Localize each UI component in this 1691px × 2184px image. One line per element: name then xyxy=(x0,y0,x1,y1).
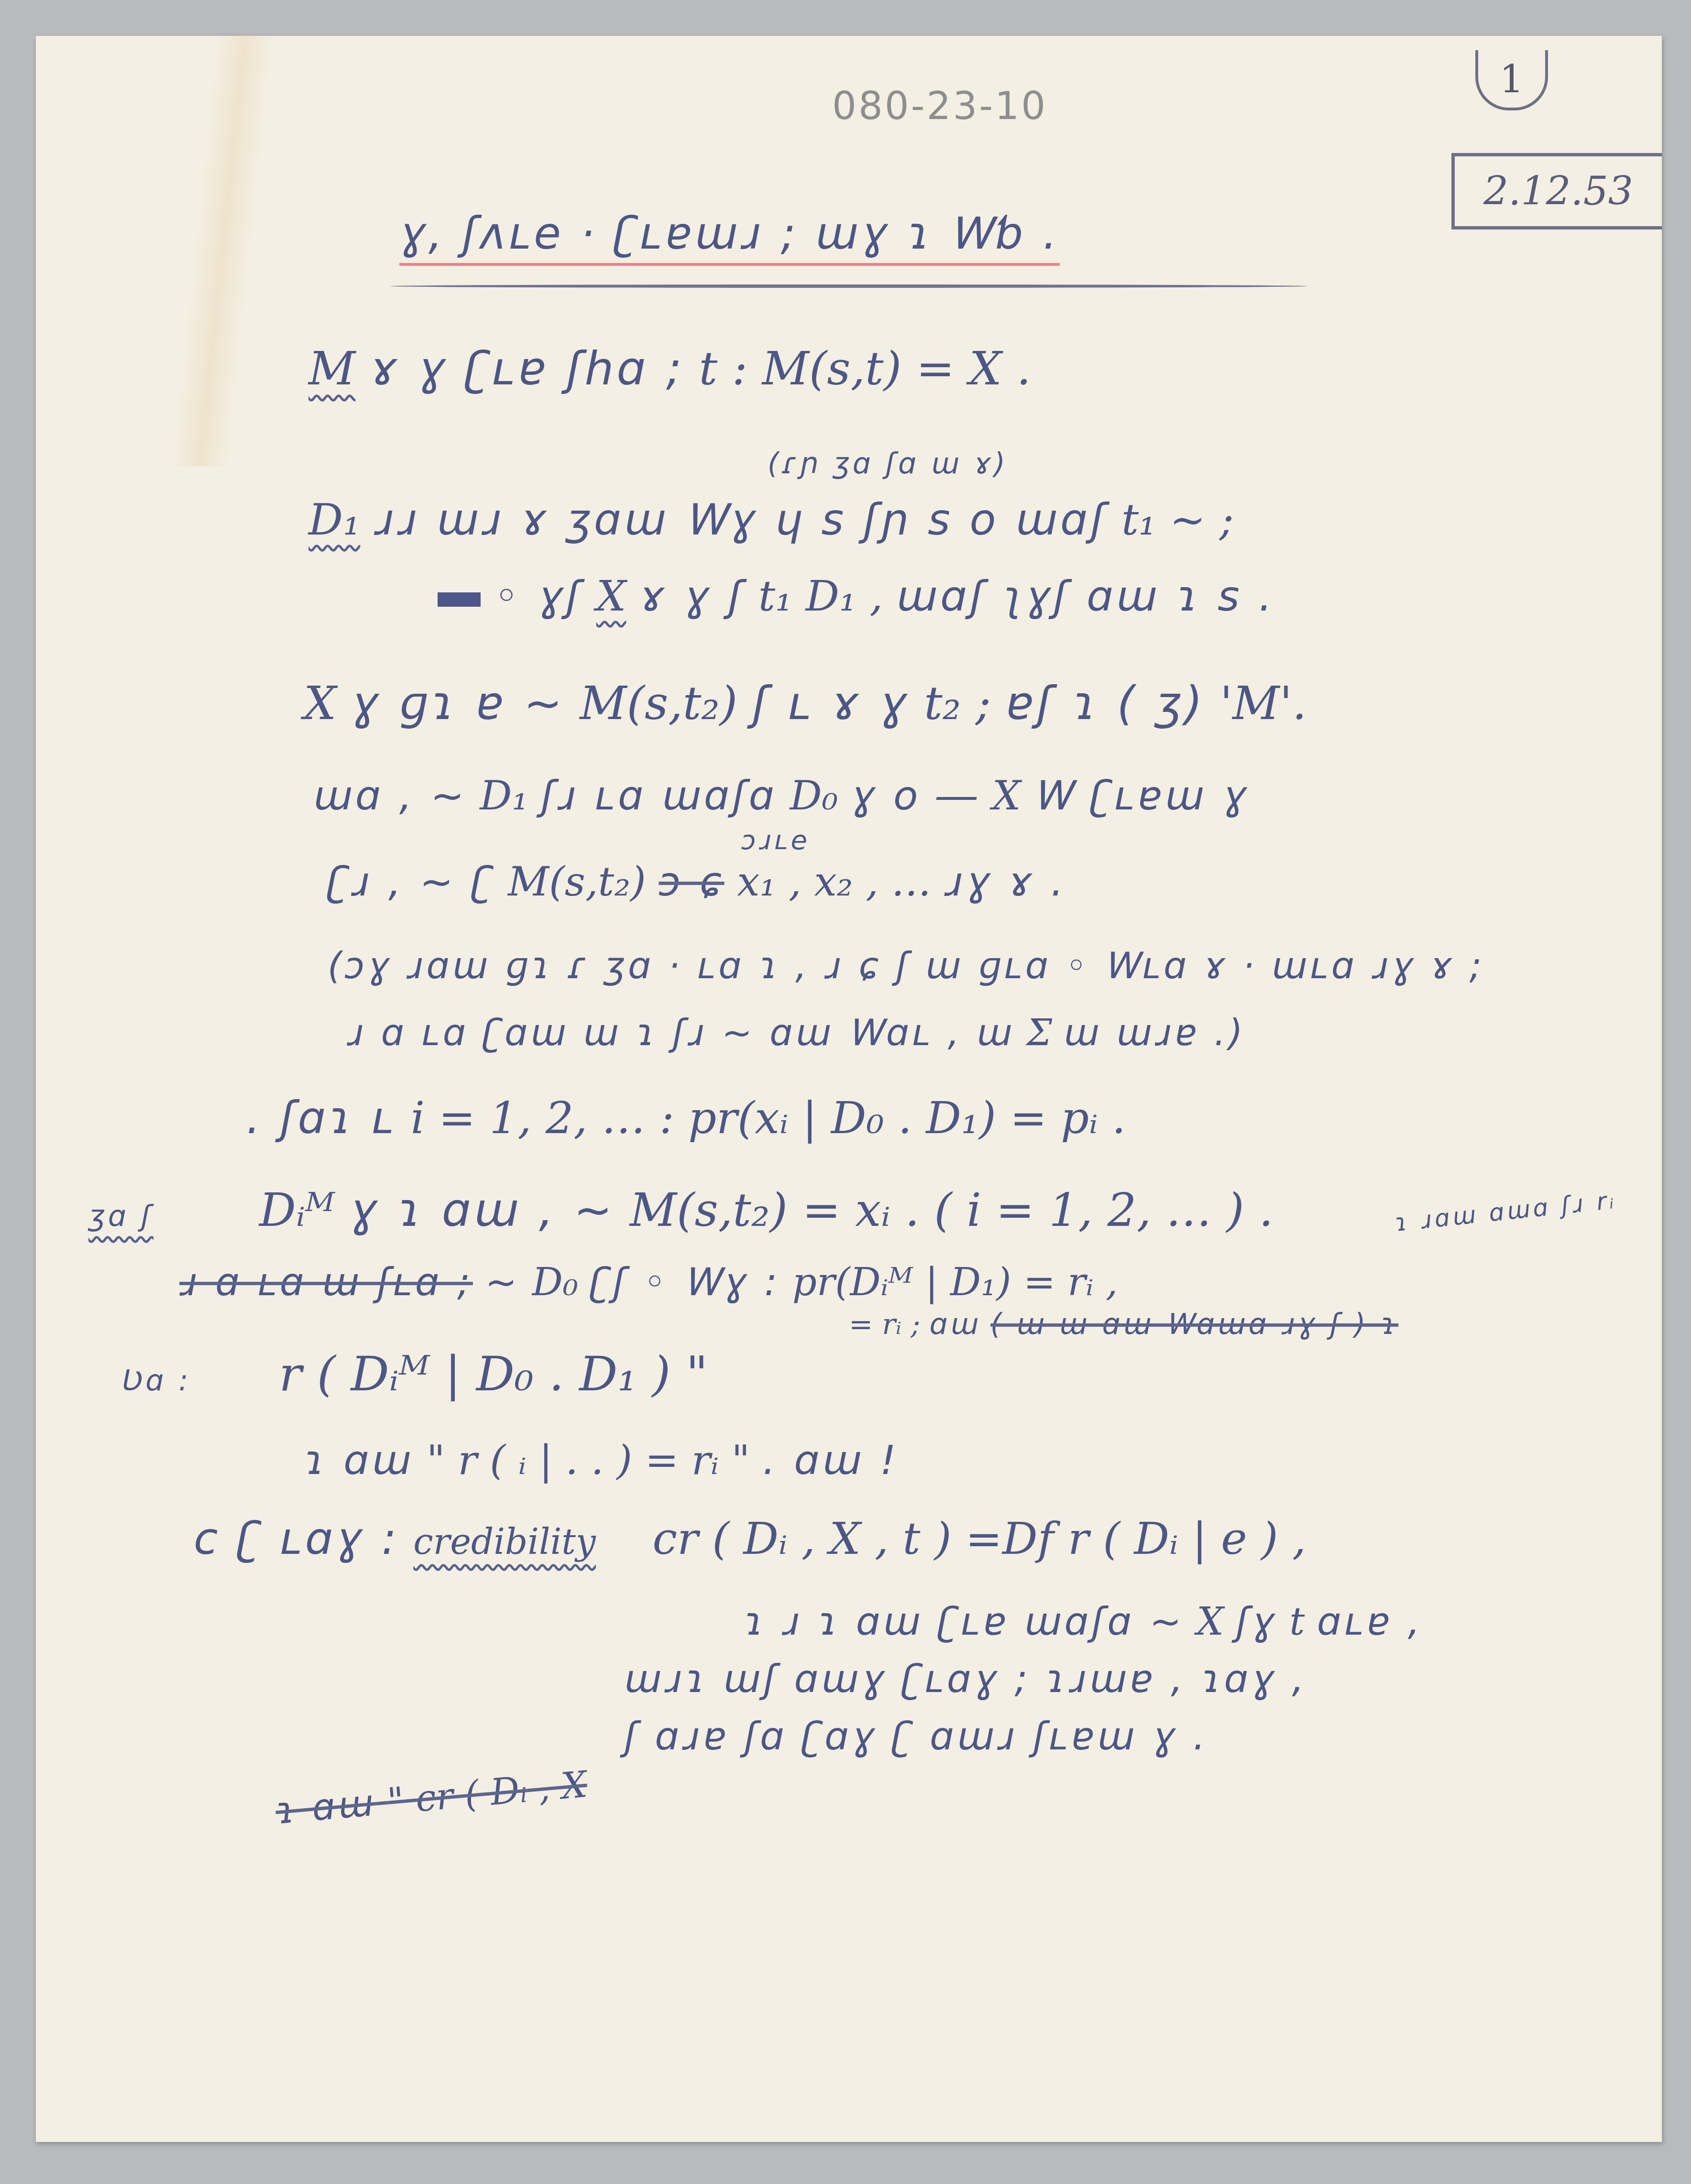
formula: " r ( ᵢ | . . ) = rᵢ " xyxy=(427,1437,750,1484)
shorthand: ɹ ɑ ʟɑ ʗɑɯ ɯ ɿ ʃɹ ~ ɑɯ Ꮃɑʟ , ɯ xyxy=(347,1011,1015,1054)
formula-2: D₀ xyxy=(790,772,838,819)
line-10: ʒɑ ʃ Dᵢᴹ ɣ ɿ ɑɯ , ~ M(s,t₂) = xᵢ . ( i =… xyxy=(88,1183,1274,1237)
line-7: (ɔɣ ɹɑɯ ɡɿ ɾ ʒɑ · ʟɑ ɿ , ɹ ɕ ʃ ɯ ɡʟɑ ◦ Ꮃ… xyxy=(328,944,1484,988)
line-17: ʃ ɑɹɐ ʃɑ ʗɑɣ ʗ ɑɯɹ ʃʟɐɯ ɣ . xyxy=(624,1714,1208,1758)
formula-2: x₁ , x₂ , … xyxy=(737,858,931,905)
formula: cr ( Dᵢ , X , t ) =Df r ( Dᵢ | e ) , xyxy=(652,1513,1306,1564)
formula-4: 'M'. xyxy=(1220,677,1307,730)
line-9: . ʃɑɿ ʟ i = 1, 2, … : pr(xᵢ | D₀ . D₁) =… xyxy=(246,1092,1126,1144)
reference-number: 080-23-10 xyxy=(832,84,1047,128)
scribble-out xyxy=(438,592,481,607)
shorthand-2: ʃɹ ʟɑ ɯɑʃɑ xyxy=(541,772,777,819)
shorthand: . ʃɑɿ ʟ xyxy=(246,1092,396,1144)
line-5: ɯɑ , ~ D₁ ʃɹ ʟɑ ɯɑʃɑ D₀ ɣ o ― X Ꮃ ʗʟɐɯ ɣ xyxy=(313,772,1249,819)
shorthand: c ʗ ʟɑɣ : xyxy=(194,1513,399,1564)
line-15: ɿ ɹ ɿ ɑɯ ʗʟɐ ɯɑʃɑ ~ X ʃɣ t ɑʟɐ , xyxy=(744,1599,1423,1644)
label-M: M xyxy=(308,342,355,395)
line-6-insertion: ɔɹʟe xyxy=(741,825,810,856)
shorthand: ɣ ɡɿ ɐ ~ xyxy=(351,677,565,730)
formula: Σ xyxy=(1026,1011,1052,1054)
line-13: ɿ ɑɯ " r ( ᵢ | . . ) = rᵢ " . ɑɯ ! xyxy=(304,1437,899,1484)
keyword-credibility: credibility xyxy=(413,1521,596,1562)
shorthand-2: ɔ ɕ xyxy=(659,858,725,905)
formula: " cr ( Dᵢ , X xyxy=(385,1763,589,1823)
line-16: ɯɹɿ ɯʃ ɑɯɣ ʗʟɑɣ ; ɿɹɯɐ , ɿɑɣ , xyxy=(624,1657,1307,1701)
formula-2: M(s,t₂) = xᵢ . ( i = 1, 2, … ) . xyxy=(630,1183,1274,1237)
shorthand-2: ʃɣ xyxy=(1236,1599,1277,1644)
formula: i = 1, 2, … : pr(xᵢ | D₀ . D₁) = pᵢ . xyxy=(411,1092,1126,1144)
shorthand-3: ɑʟɐ , xyxy=(1317,1599,1423,1644)
shorthand-2: ʗʃ ◦ Ꮃɣ : xyxy=(590,1260,780,1304)
shorthand: ɿ ɑɯ xyxy=(304,1437,414,1484)
line-6: ʗɹ , ~ ʗ M(s,t₂) ɔ ɕ x₁ , x₂ , … ɹɣ ɤ . xyxy=(328,858,1066,905)
formula: X xyxy=(304,677,336,730)
shorthand: ɹɹ ɯɹ ɤ ʒɑɯ Ꮃɣ ɥ s ʃɲ s o ɯɑʃ xyxy=(374,495,1108,545)
shorthand-3: ɹɣ ɤ . xyxy=(944,858,1066,905)
shorthand-3: ɣ o ― xyxy=(851,772,979,819)
line-11: ɹ ɑ ʟɑ ɯ ʃʟɑ ; ~ D₀ ʗʃ ◦ Ꮃɣ : pr(Dᵢᴹ | D… xyxy=(179,1260,1118,1305)
page-title: ɣ, ʃʌʟe · ʗʟɐɯɹ ; ɯɣ ɿ Ꮃƅ . xyxy=(399,208,1060,260)
line-8: ɹ ɑ ʟɑ ʗɑɯ ɯ ɿ ʃɹ ~ ɑɯ Ꮃɑʟ , ɯ Σ ɯ ɯɹɐ .… xyxy=(347,1011,1246,1055)
formula-3: t₂ ; xyxy=(924,677,991,730)
formula-2: t₁ D₁ , xyxy=(758,571,883,621)
shorthand-2: ʃ ʟ ɤ ɣ xyxy=(752,677,910,730)
margin-note: Ʋɑ : xyxy=(122,1364,191,1398)
formula: D₁ xyxy=(480,772,528,819)
struck-shorthand: ( ɯ ɯ ɑɯ Ꮃɑɯɑ ɹɣ ʃ ) ɿ xyxy=(990,1308,1398,1341)
ditto-mark: " xyxy=(686,1346,708,1402)
line-10-right-insertion: ɿ ɹɑɯ ɑɯɑ ʃɹ rᵢ xyxy=(1393,1186,1617,1237)
formula: Dᵢᴹ xyxy=(259,1183,335,1237)
shorthand-2: ɤ ɣ ʃ xyxy=(639,571,745,621)
formula-2: M(s,t₂) xyxy=(580,677,737,730)
shorthand-3: ɐʃ ɿ ( ʒ) xyxy=(1006,677,1206,730)
line-1: M ɤ ɣ ʗʟɐ ʃhɑ ; t : M(s,t) = X . xyxy=(308,342,1031,395)
line-12-insertion: = rᵢ ; ɑɯ ( ɯ ɯ ɑɯ Ꮃɑɯɑ ɹɣ ʃ ) ɿ xyxy=(849,1308,1398,1341)
page-number: 1 xyxy=(1475,50,1548,110)
shorthand: ʗɹ , ~ ʗ xyxy=(328,858,495,905)
formula: t : M(s,t) = X . xyxy=(699,342,1031,395)
title-underline-blue xyxy=(390,284,1308,288)
date-box: 2.12.53 xyxy=(1451,153,1662,229)
formula: X xyxy=(596,571,626,621)
shorthand: ~ xyxy=(485,1260,520,1304)
formula: t₁ ~ ; xyxy=(1121,495,1234,545)
shorthand-2: . ɑɯ ! xyxy=(763,1437,899,1484)
margin-note: ʒɑ ʃ xyxy=(88,1200,154,1233)
line-4: X ɣ ɡɿ ɐ ~ M(s,t₂) ʃ ʟ ɤ ɣ t₂ ; ɐʃ ɿ ( ʒ… xyxy=(304,677,1307,730)
manuscript-page: 080-23-10 1 2.12.53 ɣ, ʃʌʟe · ʗʟɐɯɹ ; ɯɣ… xyxy=(36,36,1662,2142)
shorthand-2: ɯ ɯɹɐ .) xyxy=(1064,1011,1245,1054)
formula: r ( Dᵢᴹ | D₀ . D₁ ) xyxy=(279,1346,670,1402)
shorthand: ◦ ɣʃ xyxy=(494,571,583,621)
line-2: D₁ ɹɹ ɯɹ ɤ ʒɑɯ Ꮃɣ ɥ s ʃɲ s o ɯɑʃ t₁ ~ ; xyxy=(308,495,1234,546)
shorthand: ɿ ɑɯ xyxy=(274,1781,378,1832)
line-14: c ʗ ʟɑɣ : credibility cr ( Dᵢ , X , t ) … xyxy=(194,1513,1306,1564)
shorthand: ɯɑ , ~ xyxy=(313,772,467,819)
formula: = rᵢ ; xyxy=(849,1308,920,1341)
shorthand: ɑɯ xyxy=(929,1308,981,1341)
shorthand: ɣ ɿ ɑɯ , ~ xyxy=(350,1183,615,1237)
formula-3: X xyxy=(992,772,1021,819)
date-text: 2.12.53 xyxy=(1483,169,1633,214)
formula: M(s,t₂) xyxy=(508,858,646,905)
shorthand: ɿ ɹ ɿ ɑɯ ʗʟɐ ɯɑʃɑ ~ xyxy=(744,1599,1184,1644)
shorthand: ɤ ɣ ʗʟɐ ʃhɑ ; xyxy=(370,342,684,395)
shorthand-3: ɯɑʃ ʅɣʃ ɑɯ ɿ s . xyxy=(896,571,1275,621)
label-D1: D₁ xyxy=(308,495,360,545)
formula: D₀ xyxy=(532,1260,578,1304)
title-shorthand: ɣ, ʃʌʟe · ʗʟɐɯɹ ; ɯɣ ɿ Ꮃƅ . xyxy=(399,208,1060,266)
formula-2: pr(Dᵢᴹ | D₁) = rᵢ , xyxy=(792,1260,1118,1304)
shorthand-4: Ꮃ ʗʟɐɯ ɣ xyxy=(1033,772,1249,819)
line-2-insertion: (ɾɲ ʒɑ ʃɑ ɯ ɤ) xyxy=(768,447,1008,480)
line-12: Ʋɑ : r ( Dᵢᴹ | D₀ . D₁ ) " xyxy=(122,1346,708,1402)
line-18-struck: ɿ ɑɯ " cr ( Dᵢ , X xyxy=(274,1763,589,1833)
formula-2: t xyxy=(1289,1599,1305,1644)
page-number-text: 1 xyxy=(1500,57,1524,101)
struck-shorthand: ɹ ɑ ʟɑ ɯ ʃʟɑ ; xyxy=(179,1260,473,1304)
line-3: ◦ ɣʃ X ɤ ɣ ʃ t₁ D₁ , ɯɑʃ ʅɣʃ ɑɯ ɿ s . xyxy=(438,571,1275,621)
formula: X xyxy=(1197,1599,1224,1644)
